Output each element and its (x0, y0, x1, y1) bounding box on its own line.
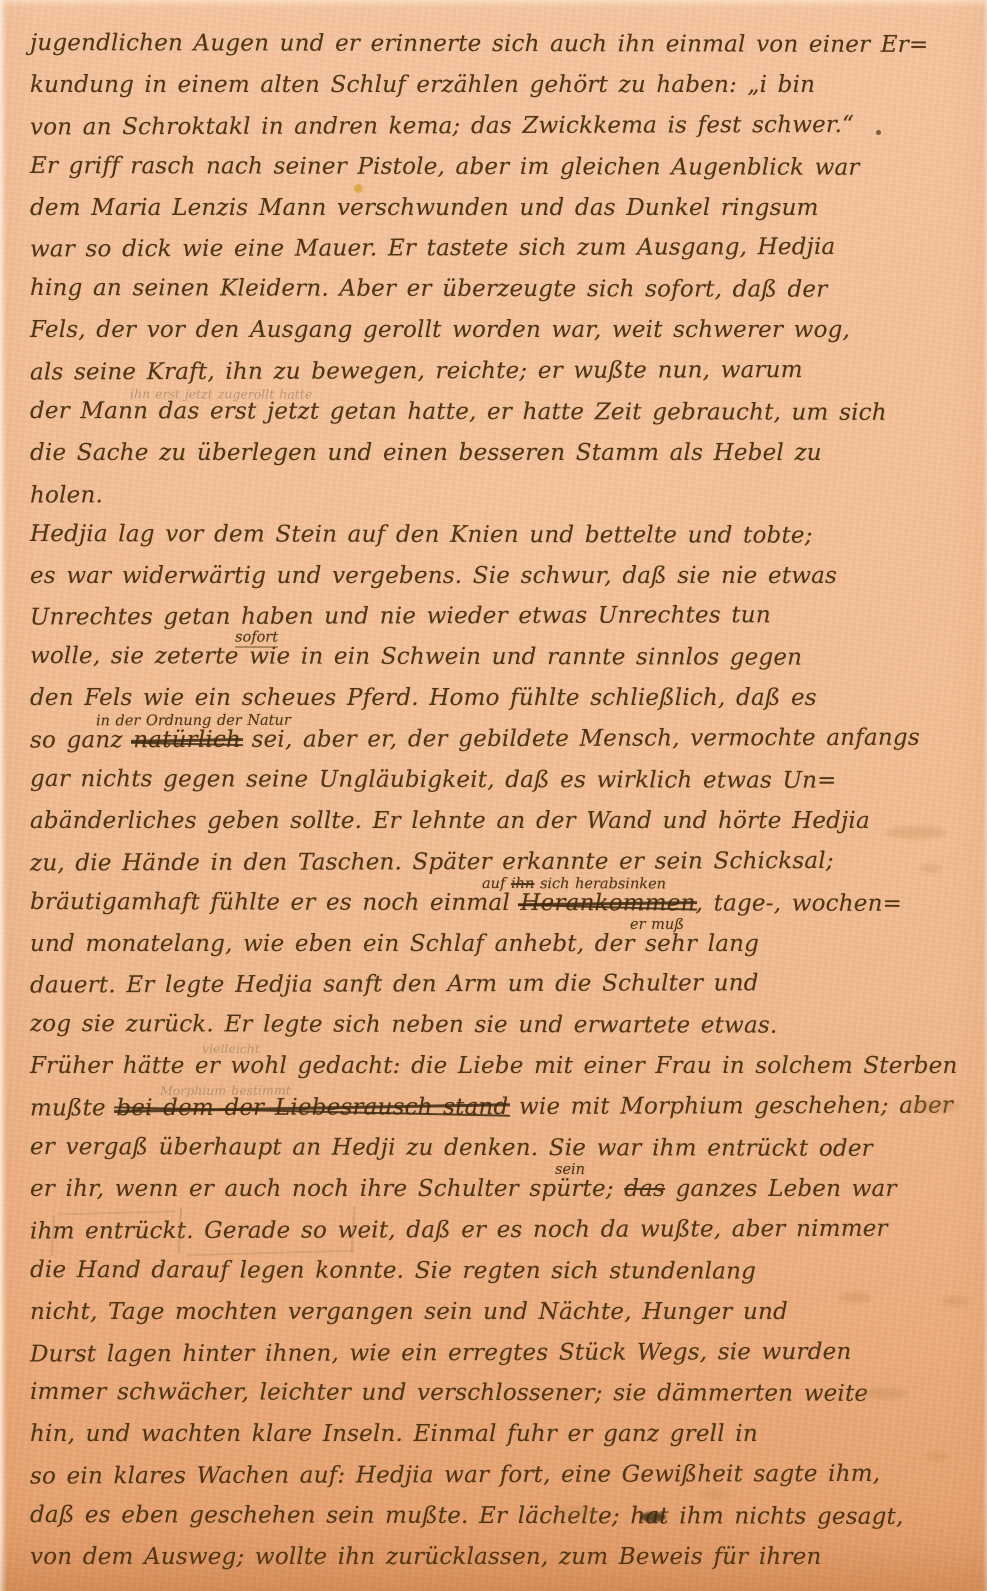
handwritten-line: zog sie zurück. Er legte sich neben sie … (30, 1004, 967, 1047)
handwritten-line: er vergaß überhaupt an Hedji zu denken. … (30, 1127, 967, 1170)
handwriting-segment: zog sie zurück. Er legte sich neben sie … (30, 1011, 777, 1039)
handwritten-line: daß es eben geschehen sein mußte. Er läc… (30, 1495, 967, 1538)
handwriting-segment: holen. (30, 482, 103, 508)
handwriting-segment: sein (555, 1162, 585, 1178)
handwriting-segment: jugendlichen Augen und er erinnerte sich… (30, 30, 929, 58)
handwriting-segment: die Sache zu überlegen und einen bessere… (30, 440, 822, 466)
handwriting-segment: von dem Ausweg; wollte ihn zurücklassen,… (30, 1544, 821, 1570)
handwriting-segment: es war widerwärtig und vergebens. Sie sc… (30, 563, 837, 589)
handwritten-line: von an Schroktakl in andren kema; das Zw… (30, 104, 967, 148)
handwritten-line: Früher hätte er wohl gedacht: die Liebe … (30, 1046, 967, 1087)
handwritten-line: jugendlichen Augen und er erinnerte sich… (30, 23, 967, 66)
handwritten-line: Er griff rasch nach seiner Pistole, aber… (30, 146, 967, 189)
handwritten-line: und monatelang, wie eben ein Schlaf anhe… (30, 924, 967, 965)
handwritten-line: die Sache zu überlegen und einen bessere… (30, 433, 967, 474)
scan-edge-left (0, 0, 7, 1591)
handwritten-line: abänderliches geben sollte. Er lehnte an… (30, 801, 967, 842)
handwritten-line: Fels, der vor den Ausgang gerollt worden… (30, 310, 967, 351)
handwritten-line: hing an seinen Kleidern. Aber er überzeu… (30, 268, 967, 311)
handwriting-segment: die Hand darauf legen konnte. Sie regten… (30, 1257, 756, 1285)
handwriting-segment: Hedjia lag vor dem Stein auf den Knien u… (30, 521, 813, 549)
handwritten-line: so ganz natürlich sei, aber er, der gebi… (30, 718, 967, 762)
handwriting-segment: auf (482, 876, 511, 892)
handwriting-segment: er vergaß überhaupt an Hedji zu denken. … (30, 1134, 873, 1162)
handwritten-line: Unrechtes getan haben und nie wieder etw… (30, 595, 967, 639)
handwriting-segment: immer schwächer, leichter und verschloss… (30, 1379, 868, 1407)
handwriting-segment: sich herabsinken (534, 876, 666, 892)
handwritten-line: bräutigamhaft fühlte er es noch einmal H… (30, 882, 967, 925)
handwritten-line: Hedjia lag vor dem Stein auf den Knien u… (30, 514, 967, 557)
handwriting-text-block: jugendlichen Augen und er erinnerte sich… (30, 24, 967, 1578)
handwriting-segment: den Fels wie ein scheues Pferd. Homo füh… (30, 685, 817, 711)
handwritten-line: so ein klares Wachen auf: Hedjia war for… (30, 1454, 967, 1498)
handwriting-segment: als seine Kraft, ihn zu bewegen, reichte… (30, 357, 803, 385)
handwriting-segment: hin, und wachten klare Inseln. Einmal fu… (30, 1421, 758, 1447)
handwriting-segment: Unrechtes getan haben und nie wieder etw… (30, 603, 771, 631)
handwriting-segment: kundung in einem alten Schluf erzählen g… (30, 72, 815, 98)
struck-out-word: natürlich (133, 727, 241, 753)
handwriting-segment: hing an seinen Kleidern. Aber er überzeu… (30, 275, 828, 303)
manuscript-page: jugendlichen Augen und er erinnerte sich… (0, 0, 987, 1591)
handwritten-line: mußte bei dem der Liebesrausch stand wie… (30, 1086, 967, 1130)
handwritten-line: hin, und wachten klare Inseln. Einmal fu… (30, 1414, 967, 1455)
handwritten-line: kundung in einem alten Schluf erzählen g… (30, 65, 967, 106)
handwriting-segment: daß es eben geschehen sein mußte. Er läc… (30, 1502, 904, 1530)
handwriting-segment: gar nichts gegen seine Ungläubigkeit, da… (30, 766, 837, 794)
handwriting-segment: dem Maria Lenzis Mann verschwunden und d… (30, 195, 819, 221)
handwriting-segment: bräutigamhaft fühlte er es noch einmal (30, 889, 520, 916)
handwriting-segment: abänderliches geben sollte. Er lehnte an… (30, 808, 870, 834)
pencil-annotation: ihn erst jetzt zugerollt hatte (130, 385, 312, 403)
handwritten-line: es war widerwärtig und vergebens. Sie sc… (30, 556, 967, 597)
handwriting-segment: vielleicht (202, 1041, 260, 1056)
handwriting-segment: und monatelang, wie eben ein Schlaf anhe… (30, 931, 759, 957)
handwriting-segment: in der Ordnung der Natur (96, 713, 291, 730)
handwriting-segment: von an Schroktakl in andren kema; das Zw… (30, 112, 854, 141)
handwritten-line: von dem Ausweg; wollte ihn zurücklassen,… (30, 1537, 967, 1578)
handwriting-segment: Früher hätte er wohl gedacht: die Liebe … (30, 1053, 958, 1079)
handwriting-segment: mußte (30, 1095, 116, 1121)
handwriting-segment: Morphium bestimmt (160, 1083, 291, 1098)
handwritten-line: wolle, sie zeterte wie in ein Schwein un… (30, 636, 967, 679)
handwriting-segment: ihn erst jetzt zugerollt hatte (130, 386, 312, 401)
handwriting-segment: dauert. Er legte Hedjia sanft den Arm um… (30, 971, 759, 999)
struck-out-word: das (624, 1176, 665, 1202)
handwriting-segment: , tage-, wochen= (696, 890, 902, 916)
handwriting-segment: nicht, Tage mochten vergangen sein und N… (30, 1299, 788, 1325)
handwriting-segment: so ganz (30, 727, 133, 753)
pencil-annotation: vielleicht (202, 1040, 260, 1058)
handwriting-segment: wie mit Morphium geschehen; aber (508, 1093, 953, 1120)
interlinear-insertion: sein (555, 1161, 585, 1179)
handwritten-line: Durst lagen hinter ihnen, wie ein erregt… (30, 1331, 967, 1375)
struck-out-word: ihn (511, 876, 534, 892)
handwriting-segment: war so dick wie eine Mauer. Er tastete s… (30, 234, 835, 263)
handwritten-line: dem Maria Lenzis Mann verschwunden und d… (30, 188, 967, 229)
handwriting-segment: Er griff rasch nach seiner Pistole, aber… (30, 153, 860, 181)
interlinear-insertion: er muß (630, 916, 684, 934)
handwriting-segment: Durst lagen hinter ihnen, wie ein erregt… (30, 1338, 852, 1367)
handwritten-line: der Mann das erst jetzt getan hatte, er … (30, 391, 967, 434)
handwritten-line: immer schwächer, leichter und verschloss… (30, 1372, 967, 1415)
handwriting-segment: sofort (235, 630, 278, 646)
handwriting-segment: wolle, sie zeterte wie in ein Schwein un… (30, 643, 802, 671)
handwriting-segment: er ihr, wenn er auch noch ihre Schulter … (30, 1176, 624, 1202)
handwritten-line: die Hand darauf legen konnte. Sie regten… (30, 1250, 967, 1293)
handwritten-line: ihm entrückt. Gerade so weit, daß er es … (30, 1208, 967, 1252)
handwriting-segment: Fels, der vor den Ausgang gerollt worden… (30, 317, 850, 343)
handwritten-line: dauert. Er legte Hedjia sanft den Arm um… (30, 963, 967, 1007)
pencil-annotation: Morphium bestimmt (160, 1082, 291, 1100)
interlinear-insertion: sofort (235, 629, 278, 648)
struck-out-word: Herankommen (520, 890, 695, 916)
handwriting-segment: ihm entrückt. Gerade so weit, daß er es … (30, 1216, 888, 1245)
interlinear-insertion: auf ihn sich herabsinken (482, 875, 666, 893)
handwriting-segment: er muß (630, 917, 684, 933)
scan-edge-right (983, 0, 987, 1591)
handwritten-line: er ihr, wenn er auch noch ihre Schulter … (30, 1169, 967, 1210)
handwriting-segment: ganzes Leben war (665, 1176, 897, 1202)
handwritten-line: nicht, Tage mochten vergangen sein und N… (30, 1292, 967, 1333)
scan-edge-top (0, 0, 987, 7)
handwritten-line: gar nichts gegen seine Ungläubigkeit, da… (30, 759, 967, 802)
interlinear-insertion: in der Ordnung der Natur (96, 712, 291, 731)
handwriting-segment: sei, aber er, der gebildete Mensch, verm… (241, 725, 920, 753)
handwriting-segment: zu, die Hände in den Taschen. Später erk… (30, 848, 834, 877)
handwritten-line: war so dick wie eine Mauer. Er tastete s… (30, 227, 967, 271)
handwriting-segment: so ein klares Wachen auf: Hedjia war for… (30, 1461, 880, 1490)
handwritten-line: holen. (30, 472, 967, 516)
